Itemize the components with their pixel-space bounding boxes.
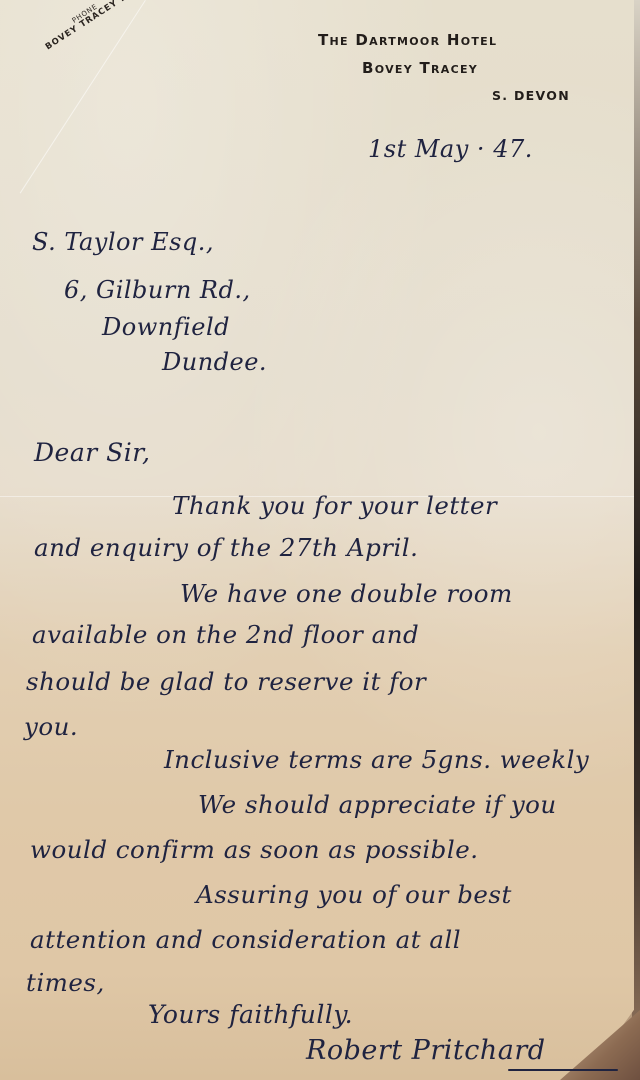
body-line: Assuring you of our best [196,880,512,909]
body-line: We should appreciate if you [198,790,557,819]
body-line: available on the 2nd floor and [32,620,419,649]
body-line: Inclusive terms are 5gns. weekly [164,745,589,774]
signature: Robert Pritchard [306,1035,546,1066]
closing: Yours faithfully. [148,1000,353,1029]
body-line: and enquiry of the 27th April. [34,533,418,562]
body-line: attention and consideration at all [30,925,461,954]
body-line: Thank you for your letter [172,491,497,520]
body-line: should be glad to reserve it for [26,667,426,696]
recipient-district: Downfield [102,313,230,341]
signature-underline [508,1069,618,1071]
letterhead-county: S. DEVON [492,88,570,103]
letterhead-town: Bovey Tracey [362,59,478,77]
body-line: you. [24,712,78,741]
letterhead-hotel-name: The Dartmoor Hotel [318,31,497,49]
body-line: We have one double room [180,579,513,608]
recipient-street: 6, Gilburn Rd., [64,276,251,304]
recipient-city: Dundee. [162,348,267,376]
salutation: Dear Sir, [34,438,150,467]
letter-date: 1st May · 47. [368,135,533,163]
body-line: would confirm as soon as possible. [30,835,479,864]
body-line: times, [26,968,105,997]
recipient-name: S. Taylor Esq., [32,228,214,256]
